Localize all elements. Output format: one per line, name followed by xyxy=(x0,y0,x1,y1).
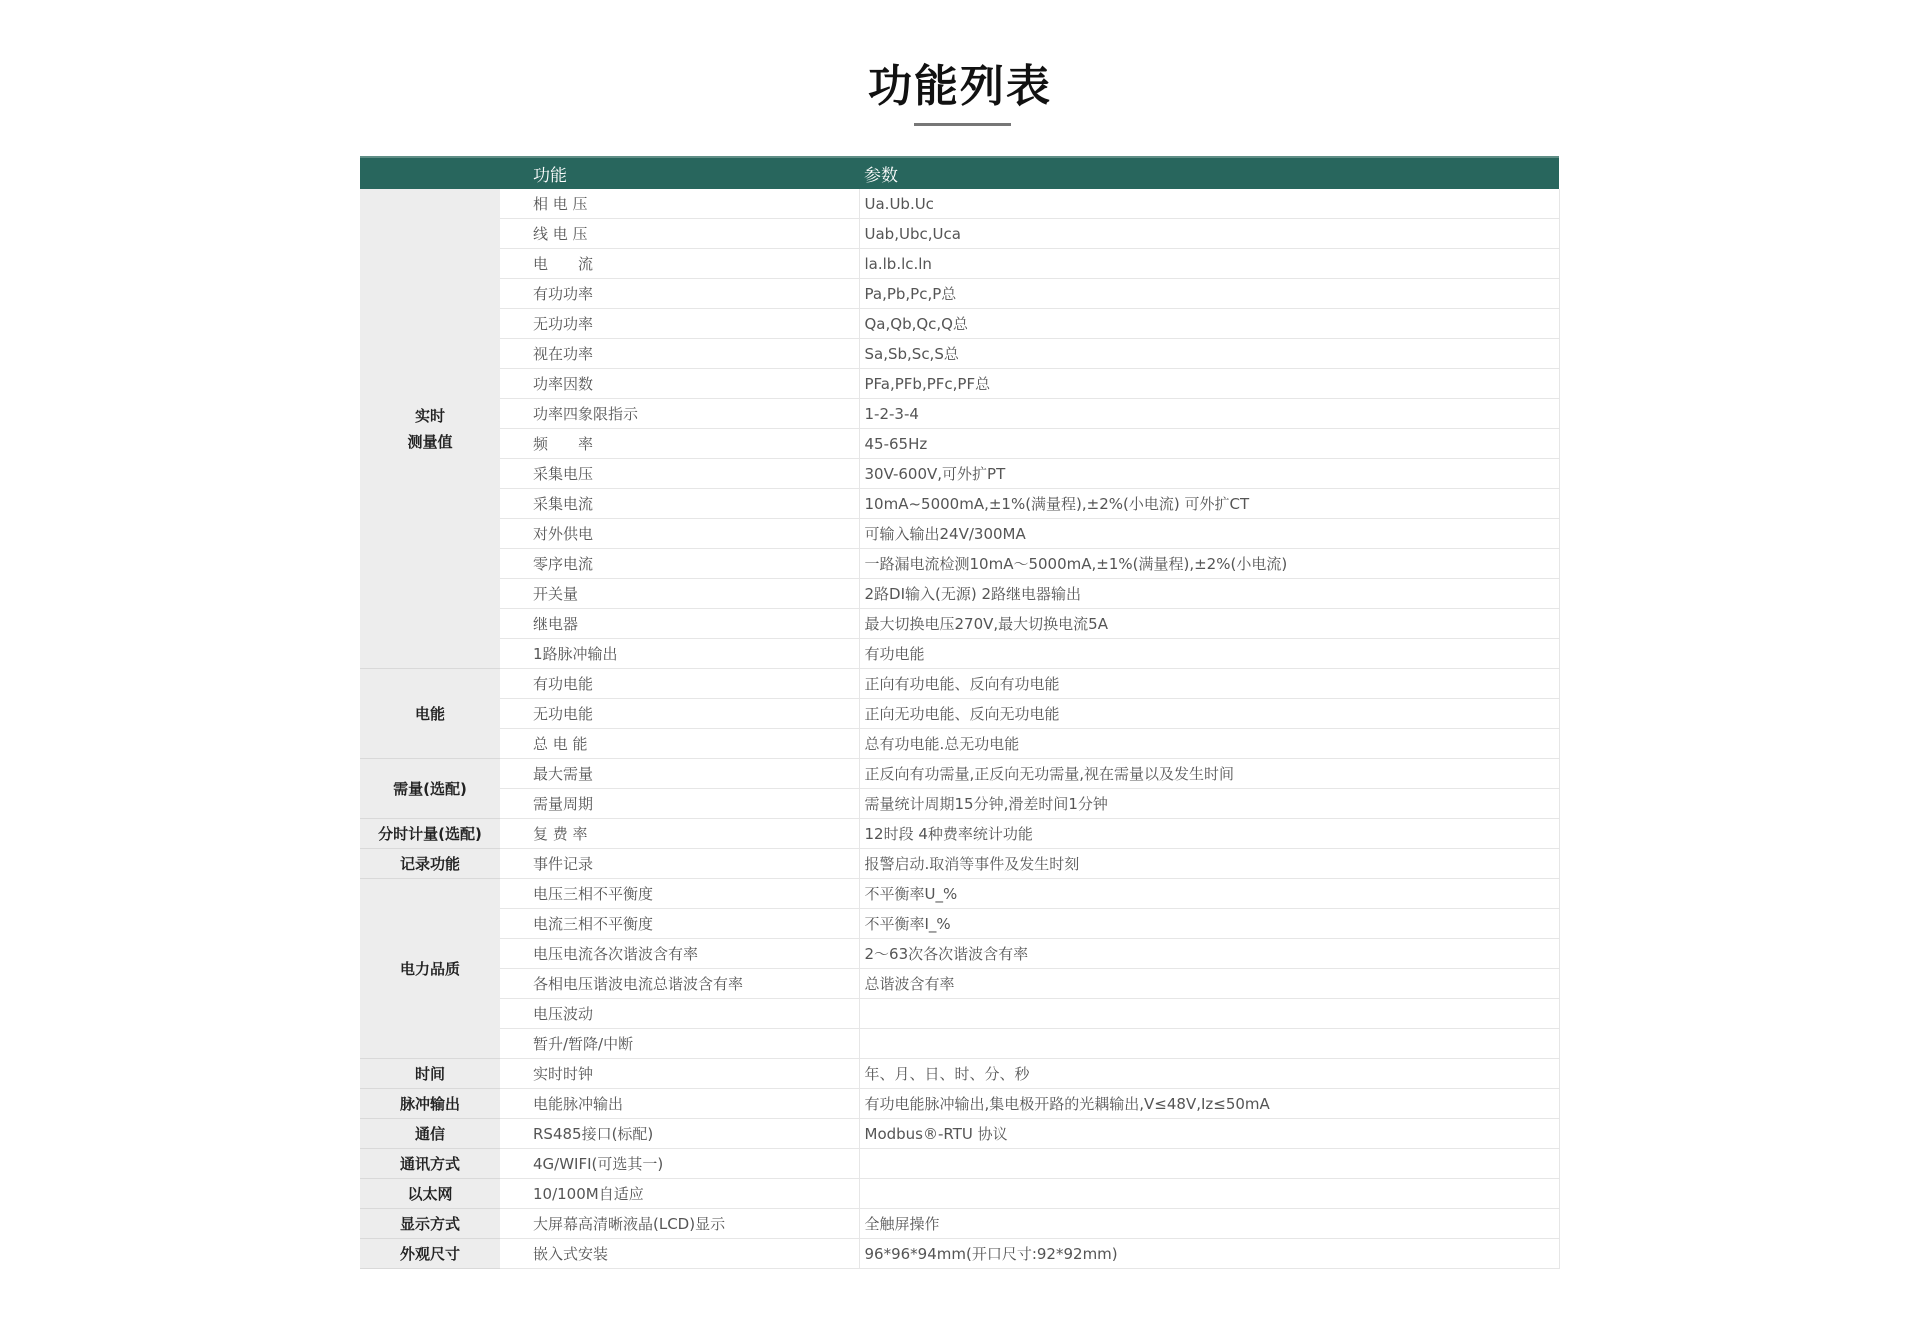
param-cell: 12时段 4种费率统计功能 xyxy=(859,819,1559,849)
param-cell: 最大切换电压270V,最大切换电流5A xyxy=(859,609,1559,639)
param-cell: 需量统计周期15分钟,滑差时间1分钟 xyxy=(859,789,1559,819)
table-row: 显示方式大屏幕高清晰液晶(LCD)显示全触屏操作 xyxy=(360,1209,1559,1239)
table-row: 采集电压30V-600V,可外扩PT xyxy=(360,459,1559,489)
function-cell: 功率四象限指示 xyxy=(500,399,859,429)
function-cell: 事件记录 xyxy=(500,849,859,879)
function-cell: 电压三相不平衡度 xyxy=(500,879,859,909)
param-cell: 45-65Hz xyxy=(859,429,1559,459)
param-cell: 不平衡率I_% xyxy=(859,909,1559,939)
param-cell: 有功电能 xyxy=(859,639,1559,669)
table-row: 总 电 能总有功电能.总无功电能 xyxy=(360,729,1559,759)
category-label: 需量(选配) xyxy=(360,776,500,802)
param-cell: Pa,Pb,Pc,P总 xyxy=(859,279,1559,309)
table-row: 无功功率Qa,Qb,Qc,Q总 xyxy=(360,309,1559,339)
function-cell: 继电器 xyxy=(500,609,859,639)
table-row: 采集电流10mA~5000mA,±1%(满量程),±2%(小电流) 可外扩CT xyxy=(360,489,1559,519)
page-title: 功能列表 xyxy=(0,50,1920,114)
category-cell: 脉冲输出 xyxy=(360,1089,500,1119)
table-row: 继电器最大切换电压270V,最大切换电流5A xyxy=(360,609,1559,639)
category-label: 以太网 xyxy=(360,1181,500,1207)
category-label: 通讯方式 xyxy=(360,1151,500,1177)
param-cell: 正向无功电能、反向无功电能 xyxy=(859,699,1559,729)
table-row: 无功电能正向无功电能、反向无功电能 xyxy=(360,699,1559,729)
function-cell: 复 费 率 xyxy=(500,819,859,849)
table-row: 实时测量值相 电 压Ua.Ub.Uc xyxy=(360,189,1559,219)
param-cell: 总有功电能.总无功电能 xyxy=(859,729,1559,759)
param-cell: 一路漏电流检测10mA～5000mA,±1%(满量程),±2%(小电流) xyxy=(859,549,1559,579)
table-row: 功率因数PFa,PFb,PFc,PF总 xyxy=(360,369,1559,399)
header-function: 功能 xyxy=(500,157,859,189)
function-cell: 电压电流各次谐波含有率 xyxy=(500,939,859,969)
param-cell: la.lb.lc.ln xyxy=(859,249,1559,279)
table-row: 视在功率Sa,Sb,Sc,S总 xyxy=(360,339,1559,369)
table-row: 对外供电可输入输出24V/300MA xyxy=(360,519,1559,549)
param-cell: 96*96*94mm(开口尺寸:92*92mm) xyxy=(859,1239,1559,1269)
table-row: 需量(选配)最大需量正反向有功需量,正反向无功需量,视在需量以及发生时间 xyxy=(360,759,1559,789)
function-cell: 线 电 压 xyxy=(500,219,859,249)
function-cell: 电 流 xyxy=(500,249,859,279)
param-cell: 2路DI输入(无源) 2路继电器输出 xyxy=(859,579,1559,609)
function-cell: RS485接口(标配) xyxy=(500,1119,859,1149)
function-cell: 实时时钟 xyxy=(500,1059,859,1089)
table-row: 记录功能事件记录报警启动.取消等事件及发生时刻 xyxy=(360,849,1559,879)
table-row: 外观尺寸嵌入式安装96*96*94mm(开口尺寸:92*92mm) xyxy=(360,1239,1559,1269)
table-row: 线 电 压Uab,Ubc,Uca xyxy=(360,219,1559,249)
title-underline xyxy=(914,123,1011,126)
param-cell: 可输入输出24V/300MA xyxy=(859,519,1559,549)
param-cell: 年、月、日、时、分、秒 xyxy=(859,1059,1559,1089)
function-cell: 功率因数 xyxy=(500,369,859,399)
table-row: 开关量2路DI输入(无源) 2路继电器输出 xyxy=(360,579,1559,609)
category-cell: 分时计量(选配) xyxy=(360,819,500,849)
function-cell: 零序电流 xyxy=(500,549,859,579)
param-cell: 总谐波含有率 xyxy=(859,969,1559,999)
header-param: 参数 xyxy=(859,157,1559,189)
param-cell xyxy=(859,1149,1559,1179)
function-cell: 需量周期 xyxy=(500,789,859,819)
table-row: 分时计量(选配)复 费 率12时段 4种费率统计功能 xyxy=(360,819,1559,849)
param-cell: Ua.Ub.Uc xyxy=(859,189,1559,219)
param-cell: Uab,Ubc,Uca xyxy=(859,219,1559,249)
category-cell: 电能 xyxy=(360,669,500,759)
param-cell: 有功电能脉冲输出,集电极开路的光耦输出,V≤48V,Iz≤50mA xyxy=(859,1089,1559,1119)
function-cell: 有功电能 xyxy=(500,669,859,699)
category-cell: 记录功能 xyxy=(360,849,500,879)
table-header-row: 功能 参数 xyxy=(360,157,1559,189)
category-label: 通信 xyxy=(360,1121,500,1147)
param-cell xyxy=(859,1029,1559,1059)
param-cell: 报警启动.取消等事件及发生时刻 xyxy=(859,849,1559,879)
param-cell: 10mA~5000mA,±1%(满量程),±2%(小电流) 可外扩CT xyxy=(859,489,1559,519)
table-row: 有功功率Pa,Pb,Pc,P总 xyxy=(360,279,1559,309)
function-cell: 大屏幕高清晰液晶(LCD)显示 xyxy=(500,1209,859,1239)
param-cell: 1-2-3-4 xyxy=(859,399,1559,429)
category-label: 记录功能 xyxy=(360,851,500,877)
category-cell: 外观尺寸 xyxy=(360,1239,500,1269)
function-cell: 视在功率 xyxy=(500,339,859,369)
function-cell: 1路脉冲输出 xyxy=(500,639,859,669)
function-cell: 暂升/暂降/中断 xyxy=(500,1029,859,1059)
param-cell: 全触屏操作 xyxy=(859,1209,1559,1239)
category-cell: 以太网 xyxy=(360,1179,500,1209)
function-cell: 无功功率 xyxy=(500,309,859,339)
function-cell: 频 率 xyxy=(500,429,859,459)
category-cell: 实时测量值 xyxy=(360,189,500,669)
table-row: 通讯方式4G/WIFI(可选其一) xyxy=(360,1149,1559,1179)
category-cell: 电力品质 xyxy=(360,879,500,1059)
table-row: 功率四象限指示1-2-3-4 xyxy=(360,399,1559,429)
category-cell: 通信 xyxy=(360,1119,500,1149)
category-cell: 显示方式 xyxy=(360,1209,500,1239)
param-cell: Sa,Sb,Sc,S总 xyxy=(859,339,1559,369)
function-cell: 采集电流 xyxy=(500,489,859,519)
function-cell: 有功功率 xyxy=(500,279,859,309)
category-label: 分时计量(选配) xyxy=(360,821,500,847)
function-cell: 开关量 xyxy=(500,579,859,609)
header-category xyxy=(360,157,500,189)
param-cell: 30V-600V,可外扩PT xyxy=(859,459,1559,489)
function-cell: 4G/WIFI(可选其一) xyxy=(500,1149,859,1179)
table-row: 零序电流一路漏电流检测10mA～5000mA,±1%(满量程),±2%(小电流) xyxy=(360,549,1559,579)
function-cell: 总 电 能 xyxy=(500,729,859,759)
function-cell: 无功电能 xyxy=(500,699,859,729)
category-label: 测量值 xyxy=(360,429,500,455)
category-label: 脉冲输出 xyxy=(360,1091,500,1117)
table-row: 电能有功电能正向有功电能、反向有功电能 xyxy=(360,669,1559,699)
param-cell: 正向有功电能、反向有功电能 xyxy=(859,669,1559,699)
param-cell: 2～63次各次谐波含有率 xyxy=(859,939,1559,969)
table-row: 电流三相不平衡度不平衡率I_% xyxy=(360,909,1559,939)
function-table: 功能 参数 实时测量值相 电 压Ua.Ub.Uc线 电 压Uab,Ubc,Uca… xyxy=(360,156,1560,1269)
category-cell: 需量(选配) xyxy=(360,759,500,819)
function-cell: 最大需量 xyxy=(500,759,859,789)
table-row: 脉冲输出电能脉冲输出有功电能脉冲输出,集电极开路的光耦输出,V≤48V,Iz≤5… xyxy=(360,1089,1559,1119)
category-label: 显示方式 xyxy=(360,1211,500,1237)
table-row: 电压电流各次谐波含有率2～63次各次谐波含有率 xyxy=(360,939,1559,969)
function-cell: 相 电 压 xyxy=(500,189,859,219)
table-row: 1路脉冲输出有功电能 xyxy=(360,639,1559,669)
table-row: 电力品质电压三相不平衡度不平衡率U_% xyxy=(360,879,1559,909)
function-cell: 对外供电 xyxy=(500,519,859,549)
function-cell: 电流三相不平衡度 xyxy=(500,909,859,939)
table-body: 实时测量值相 电 压Ua.Ub.Uc线 电 压Uab,Ubc,Uca电 流la.… xyxy=(360,189,1559,1269)
category-cell: 时间 xyxy=(360,1059,500,1089)
category-label: 时间 xyxy=(360,1061,500,1087)
table-row: 电压波动 xyxy=(360,999,1559,1029)
param-cell: Modbus®-RTU 协议 xyxy=(859,1119,1559,1149)
category-label: 实时 xyxy=(360,403,500,429)
table-row: 通信RS485接口(标配)Modbus®-RTU 协议 xyxy=(360,1119,1559,1149)
function-cell: 电能脉冲输出 xyxy=(500,1089,859,1119)
function-cell: 10/100M自适应 xyxy=(500,1179,859,1209)
table-row: 需量周期需量统计周期15分钟,滑差时间1分钟 xyxy=(360,789,1559,819)
category-cell: 通讯方式 xyxy=(360,1149,500,1179)
param-cell: 正反向有功需量,正反向无功需量,视在需量以及发生时间 xyxy=(859,759,1559,789)
function-cell: 电压波动 xyxy=(500,999,859,1029)
param-cell: Qa,Qb,Qc,Q总 xyxy=(859,309,1559,339)
table-row: 以太网10/100M自适应 xyxy=(360,1179,1559,1209)
category-label: 电力品质 xyxy=(360,956,500,982)
function-cell: 各相电压谐波电流总谐波含有率 xyxy=(500,969,859,999)
table-row: 电 流la.lb.lc.ln xyxy=(360,249,1559,279)
function-cell: 嵌入式安装 xyxy=(500,1239,859,1269)
param-cell xyxy=(859,999,1559,1029)
function-cell: 采集电压 xyxy=(500,459,859,489)
param-cell xyxy=(859,1179,1559,1209)
table-row: 频 率45-65Hz xyxy=(360,429,1559,459)
param-cell: 不平衡率U_% xyxy=(859,879,1559,909)
param-cell: PFa,PFb,PFc,PF总 xyxy=(859,369,1559,399)
category-label: 电能 xyxy=(360,701,500,727)
table-row: 暂升/暂降/中断 xyxy=(360,1029,1559,1059)
table-row: 各相电压谐波电流总谐波含有率总谐波含有率 xyxy=(360,969,1559,999)
category-label: 外观尺寸 xyxy=(360,1241,500,1267)
table-row: 时间实时时钟年、月、日、时、分、秒 xyxy=(360,1059,1559,1089)
